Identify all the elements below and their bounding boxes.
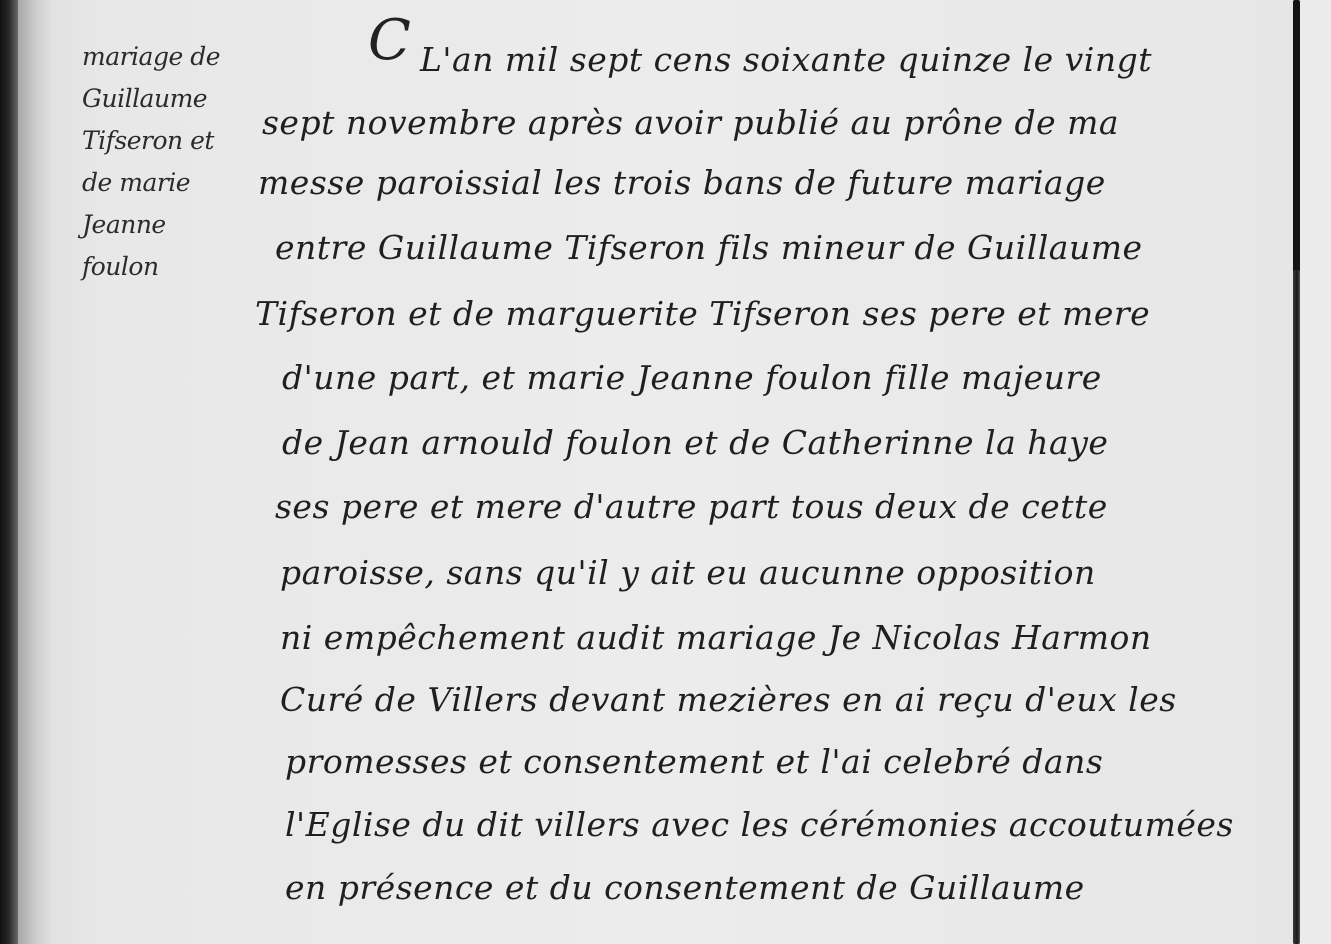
entry-line: messe paroissial les trois bans de futur… <box>258 163 1106 202</box>
entry-line: entre Guillaume Tifseron fils mineur de … <box>275 228 1143 267</box>
entry-line: en présence et du consentement de Guilla… <box>285 868 1085 907</box>
decorative-initial: C <box>368 8 411 73</box>
entry-body: C L'an mil sept cens soixante quinze le … <box>0 0 1331 944</box>
entry-line: promesses et consentement et l'ai celebr… <box>285 742 1103 781</box>
entry-line: sept novembre après avoir publié au prôn… <box>262 103 1119 142</box>
document-page: mariage de Guillaume Tifseron et de mari… <box>0 0 1331 944</box>
entry-line: ses pere et mere d'autre part tous deux … <box>275 487 1108 526</box>
entry-line: l'Eglise du dit villers avec les cérémon… <box>285 805 1234 844</box>
entry-line: Curé de Villers devant mezières en ai re… <box>280 680 1177 719</box>
entry-line: de Jean arnould foulon et de Catherinne … <box>282 423 1108 462</box>
entry-line: paroisse, sans qu'il y ait eu aucunne op… <box>280 553 1096 592</box>
entry-line: d'une part, et marie Jeanne foulon fille… <box>282 358 1102 397</box>
entry-line: Tifseron et de marguerite Tifseron ses p… <box>255 294 1150 333</box>
entry-line: ni empêchement audit mariage Je Nicolas … <box>280 618 1152 657</box>
entry-line: L'an mil sept cens soixante quinze le vi… <box>420 40 1152 79</box>
